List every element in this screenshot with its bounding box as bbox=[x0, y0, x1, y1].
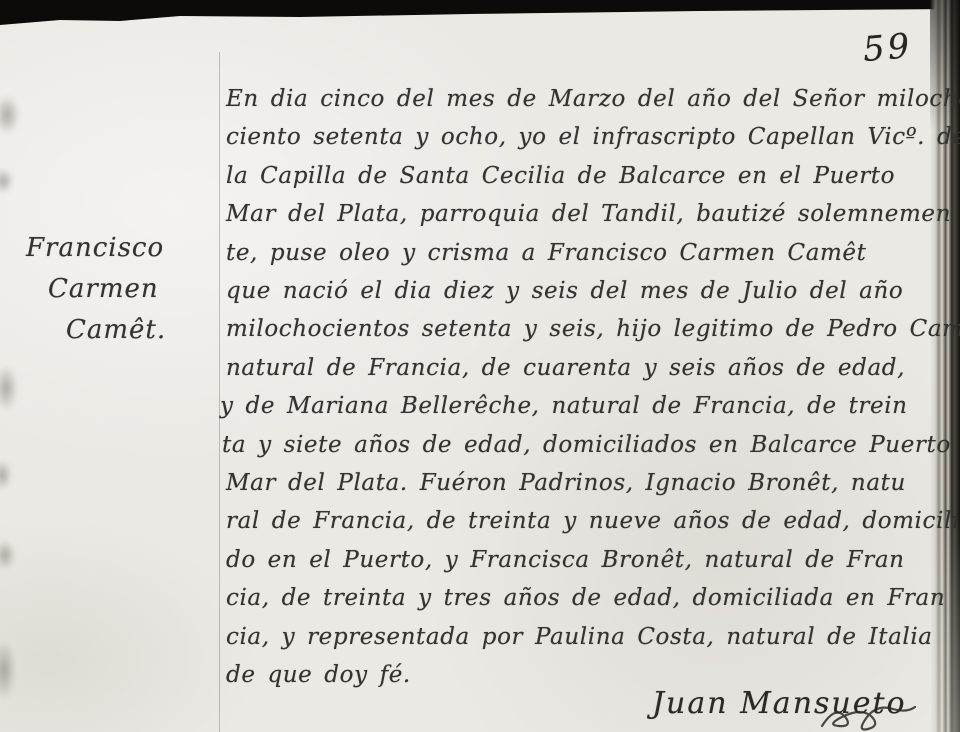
record-text-line: que nació el dia diez y seis del mes de … bbox=[226, 272, 952, 310]
record-text-line: Mar del Plata. Fuéron Padrinos, Ignacio … bbox=[226, 464, 952, 502]
page-number: 59 bbox=[861, 26, 914, 70]
record-text-line: Mar del Plata, parroquia del Tandil, bau… bbox=[226, 195, 952, 233]
margin-name-line: Francisco bbox=[26, 228, 216, 269]
record-text-line: y de Mariana Bellerêche, natural de Fran… bbox=[220, 387, 952, 425]
record-text-line: ral de Francia, de treinta y nueve años … bbox=[226, 502, 952, 540]
margin-name-line: Camêt. bbox=[26, 310, 216, 351]
signature-rubric-flourish bbox=[818, 702, 928, 732]
record-text-line: ciento setenta y ocho, yo el infrascript… bbox=[226, 118, 952, 156]
margin-name-line: Carmen bbox=[26, 269, 216, 310]
record-text-line: milochocientos setenta y seis, hijo legi… bbox=[226, 310, 952, 348]
record-text-line: te, puse oleo y crisma a Francisco Carme… bbox=[226, 234, 952, 272]
record-text-line: la Capilla de Santa Cecilia de Balcarce … bbox=[226, 157, 952, 195]
record-text-line: do en el Puerto, y Francisca Bronêt, nat… bbox=[226, 541, 952, 579]
record-text-line: cia, y representada por Paulina Costa, n… bbox=[226, 618, 952, 656]
scan-top-edge bbox=[0, 0, 960, 28]
scanned-baptism-record-page: 59 Francisco Carmen Camêt. En dia cinco … bbox=[0, 0, 960, 732]
margin-name-note: Francisco Carmen Camêt. bbox=[26, 228, 216, 351]
record-text-line: En dia cinco del mes de Marzo del año de… bbox=[226, 80, 952, 118]
record-text-line: cia, de treinta y tres años de edad, dom… bbox=[226, 579, 952, 617]
record-text-line: natural de Francia, de cuarenta y seis a… bbox=[226, 349, 952, 387]
record-text-line: ta y siete años de edad, domiciliados en… bbox=[222, 426, 952, 464]
record-body-text: En dia cinco del mes de Marzo del año de… bbox=[226, 80, 952, 695]
